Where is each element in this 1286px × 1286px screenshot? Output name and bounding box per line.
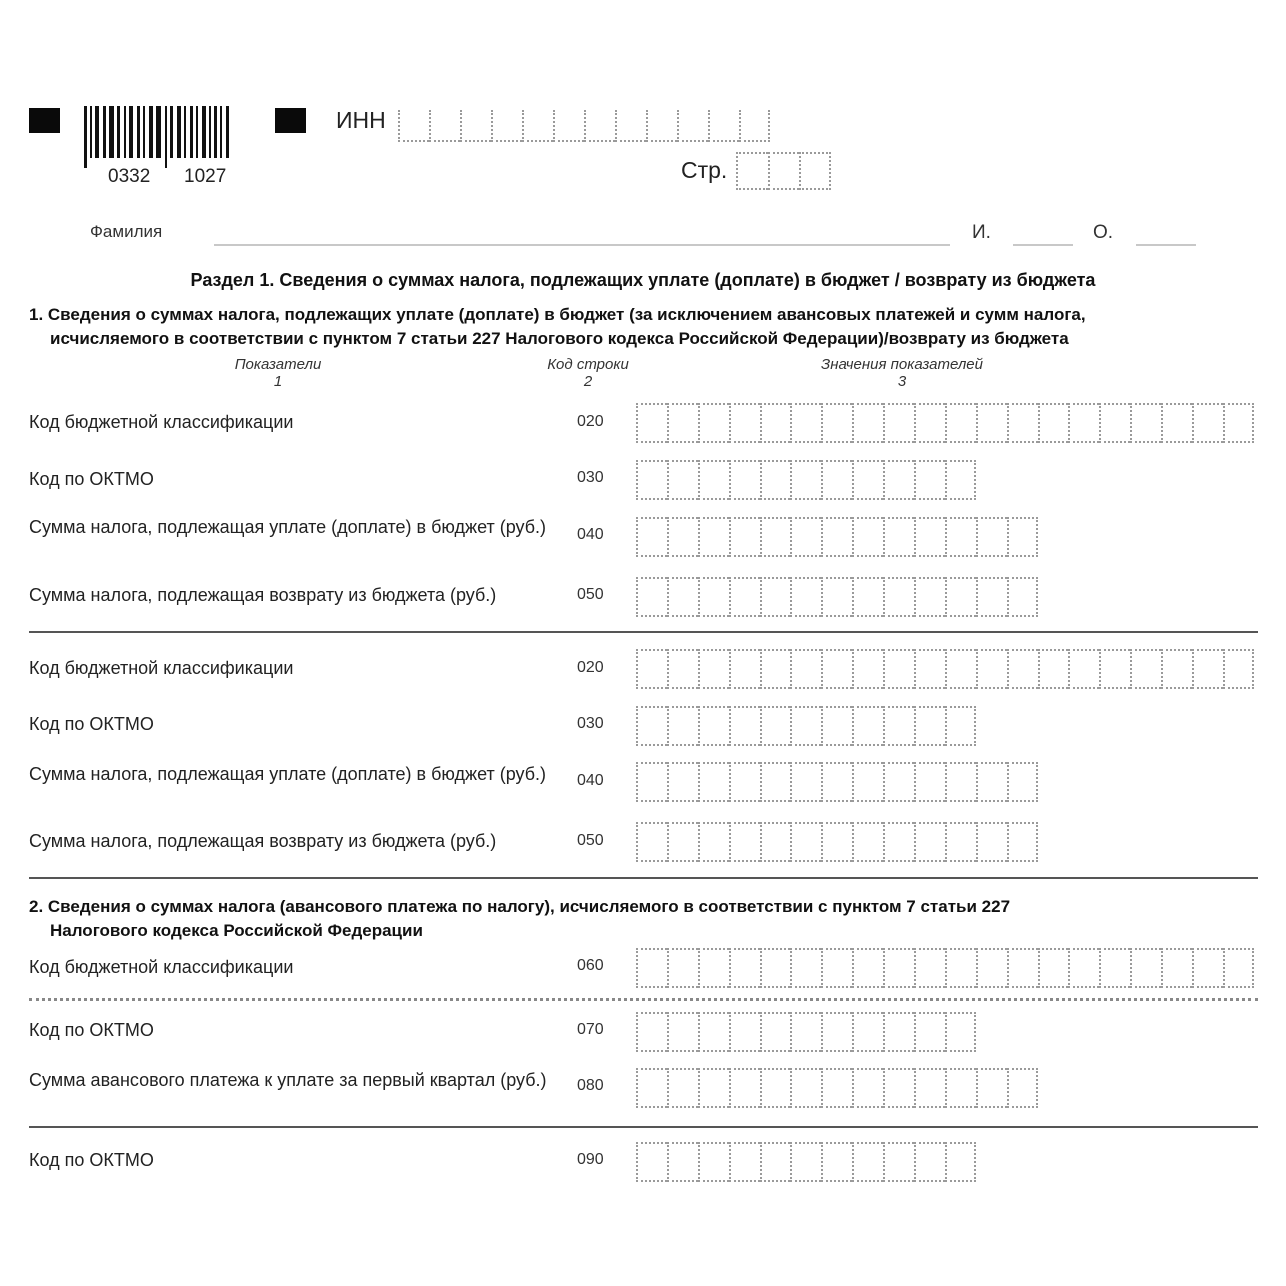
- field-cell[interactable]: [760, 706, 791, 746]
- row-label: Сумма авансового платежа к уплате за пер…: [29, 1068, 549, 1092]
- field-cell[interactable]: [1007, 403, 1038, 443]
- field-cell[interactable]: [945, 822, 976, 862]
- field-cell[interactable]: [1068, 948, 1099, 988]
- inn-label: ИНН: [336, 107, 386, 134]
- field-cell[interactable]: [729, 1012, 760, 1052]
- patronymic-initial-field[interactable]: [1136, 244, 1196, 246]
- field-cell[interactable]: [646, 110, 677, 142]
- field-cell[interactable]: [667, 1068, 698, 1108]
- field-cell[interactable]: [708, 110, 739, 142]
- column-header-line-code: Код строки 2: [518, 356, 658, 390]
- field-cell[interactable]: [1130, 649, 1161, 689]
- field-cell[interactable]: [945, 1142, 976, 1182]
- field-cell[interactable]: [790, 822, 821, 862]
- field-cell[interactable]: [914, 1068, 945, 1108]
- field-cell[interactable]: [945, 948, 976, 988]
- field-cell[interactable]: [667, 706, 698, 746]
- field-cell[interactable]: [698, 649, 729, 689]
- row-label: Код по ОКТМО: [29, 712, 549, 736]
- field-cell[interactable]: [821, 517, 852, 557]
- row-code: 080: [577, 1077, 604, 1095]
- row-label: Код по ОКТМО: [29, 467, 549, 491]
- field-cell[interactable]: [698, 1068, 729, 1108]
- field-cell[interactable]: [729, 706, 760, 746]
- column-header-number: 3: [782, 373, 1022, 390]
- field-cell[interactable]: [760, 1068, 791, 1108]
- field-cell[interactable]: [698, 706, 729, 746]
- field-cell[interactable]: [883, 649, 914, 689]
- field-cell[interactable]: [852, 649, 883, 689]
- row-code: 030: [577, 469, 604, 487]
- field-cell[interactable]: [398, 110, 429, 142]
- row-label: Код бюджетной классификации: [29, 955, 549, 979]
- field-cell[interactable]: [945, 460, 976, 500]
- field-cell[interactable]: [1192, 649, 1223, 689]
- field-cell[interactable]: [1223, 403, 1254, 443]
- field-cell[interactable]: [698, 948, 729, 988]
- field-cell[interactable]: [976, 948, 1007, 988]
- field-cell[interactable]: [914, 822, 945, 862]
- surname-field[interactable]: [214, 244, 950, 246]
- column-header-number: 1: [178, 373, 378, 390]
- field-cell[interactable]: [1007, 1068, 1038, 1108]
- section-title: Раздел 1. Сведения о суммах налога, подл…: [0, 270, 1286, 291]
- field-cell[interactable]: [491, 110, 522, 142]
- field-cell[interactable]: [698, 460, 729, 500]
- field-cell[interactable]: [1099, 948, 1130, 988]
- row-code: 060: [577, 957, 604, 975]
- field-cell[interactable]: [1223, 948, 1254, 988]
- field-cell[interactable]: [677, 110, 708, 142]
- value-field-080[interactable]: [636, 1068, 1038, 1108]
- field-cell[interactable]: [760, 649, 791, 689]
- field-cell[interactable]: [945, 762, 976, 802]
- field-cell[interactable]: [976, 649, 1007, 689]
- field-cell[interactable]: [729, 577, 760, 617]
- field-cell[interactable]: [1099, 403, 1130, 443]
- field-cell[interactable]: [729, 460, 760, 500]
- field-cell[interactable]: [790, 517, 821, 557]
- field-cell[interactable]: [790, 403, 821, 443]
- field-cell[interactable]: [667, 403, 698, 443]
- surname-label: Фамилия: [90, 222, 162, 242]
- field-cell[interactable]: [799, 152, 831, 190]
- row-label: Сумма налога, подлежащая уплате (доплате…: [29, 515, 549, 539]
- field-cell[interactable]: [852, 948, 883, 988]
- field-cell[interactable]: [584, 110, 615, 142]
- field-cell[interactable]: [790, 1142, 821, 1182]
- row-label: Код бюджетной классификации: [29, 410, 549, 434]
- field-cell[interactable]: [976, 517, 1007, 557]
- field-cell[interactable]: [636, 577, 667, 617]
- field-cell[interactable]: [729, 517, 760, 557]
- field-cell[interactable]: [636, 822, 667, 862]
- field-cell[interactable]: [852, 762, 883, 802]
- field-cell[interactable]: [636, 460, 667, 500]
- row-code: 030: [577, 715, 604, 733]
- field-cell[interactable]: [821, 1068, 852, 1108]
- column-header-number: 2: [518, 373, 658, 390]
- field-cell[interactable]: [1007, 762, 1038, 802]
- field-cell[interactable]: [736, 152, 768, 190]
- row-code: 050: [577, 832, 604, 850]
- field-cell[interactable]: [883, 1068, 914, 1108]
- field-cell[interactable]: [821, 577, 852, 617]
- field-cell[interactable]: [667, 1142, 698, 1182]
- field-cell[interactable]: [852, 460, 883, 500]
- part1-title-line1: 1. Сведения о суммах налога, подлежащих …: [29, 303, 1086, 327]
- field-cell[interactable]: [945, 517, 976, 557]
- field-cell[interactable]: [636, 1142, 667, 1182]
- field-cell[interactable]: [729, 1142, 760, 1182]
- row-label: Сумма налога, подлежащая уплате (доплате…: [29, 762, 549, 786]
- field-cell[interactable]: [636, 517, 667, 557]
- field-cell[interactable]: [945, 403, 976, 443]
- field-cell[interactable]: [1161, 649, 1192, 689]
- field-cell[interactable]: [852, 577, 883, 617]
- field-cell[interactable]: [1192, 403, 1223, 443]
- field-cell[interactable]: [852, 1068, 883, 1108]
- field-cell[interactable]: [698, 403, 729, 443]
- field-cell[interactable]: [976, 403, 1007, 443]
- value-field-020[interactable]: [636, 649, 1254, 689]
- field-cell[interactable]: [1007, 577, 1038, 617]
- column-header-label: Значения показателей: [782, 356, 1022, 373]
- field-cell[interactable]: [636, 948, 667, 988]
- value-field-030[interactable]: [636, 706, 976, 746]
- field-cell[interactable]: [821, 649, 852, 689]
- field-cell[interactable]: [914, 649, 945, 689]
- field-cell[interactable]: [636, 1012, 667, 1052]
- field-cell[interactable]: [698, 822, 729, 862]
- field-cell[interactable]: [1007, 517, 1038, 557]
- barcode-number-right: 1027: [184, 166, 226, 188]
- field-cell[interactable]: [883, 948, 914, 988]
- field-cell[interactable]: [667, 948, 698, 988]
- field-cell[interactable]: [852, 403, 883, 443]
- field-cell[interactable]: [429, 110, 460, 142]
- field-cell[interactable]: [790, 577, 821, 617]
- field-cell[interactable]: [1038, 403, 1069, 443]
- value-field-040[interactable]: [636, 517, 1038, 557]
- column-header-indicators: Показатели 1: [178, 356, 378, 390]
- field-cell[interactable]: [790, 460, 821, 500]
- field-cell[interactable]: [883, 762, 914, 802]
- field-cell[interactable]: [945, 706, 976, 746]
- field-cell[interactable]: [636, 706, 667, 746]
- field-cell[interactable]: [667, 517, 698, 557]
- field-cell[interactable]: [1007, 822, 1038, 862]
- field-cell[interactable]: [760, 762, 791, 802]
- column-header-values: Значения показателей 3: [782, 356, 1022, 390]
- field-cell[interactable]: [667, 822, 698, 862]
- field-cell[interactable]: [636, 649, 667, 689]
- field-cell[interactable]: [790, 649, 821, 689]
- barcode-number-left: 0332: [108, 166, 150, 188]
- field-cell[interactable]: [1007, 649, 1038, 689]
- field-cell[interactable]: [1099, 649, 1130, 689]
- page-label: Стр.: [681, 157, 727, 184]
- part2-title-line2: Налогового кодекса Российской Федерации: [50, 919, 423, 943]
- field-cell[interactable]: [667, 762, 698, 802]
- field-cell[interactable]: [790, 706, 821, 746]
- field-cell[interactable]: [821, 706, 852, 746]
- field-cell[interactable]: [883, 706, 914, 746]
- field-cell[interactable]: [914, 1012, 945, 1052]
- field-cell[interactable]: [883, 517, 914, 557]
- field-cell[interactable]: [760, 460, 791, 500]
- field-cell[interactable]: [1130, 948, 1161, 988]
- field-cell[interactable]: [821, 1142, 852, 1182]
- field-cell[interactable]: [790, 1012, 821, 1052]
- value-field-040[interactable]: [636, 762, 1038, 802]
- row-label: Сумма налога, подлежащая возврату из бюд…: [29, 583, 549, 607]
- field-cell[interactable]: [1161, 403, 1192, 443]
- field-cell[interactable]: [883, 1142, 914, 1182]
- field-cell[interactable]: [914, 1142, 945, 1182]
- field-cell[interactable]: [1223, 649, 1254, 689]
- field-cell[interactable]: [1130, 403, 1161, 443]
- first-initial-field[interactable]: [1013, 244, 1073, 246]
- field-cell[interactable]: [821, 948, 852, 988]
- field-cell[interactable]: [636, 1068, 667, 1108]
- field-cell[interactable]: [1068, 649, 1099, 689]
- field-cell[interactable]: [976, 577, 1007, 617]
- field-cell[interactable]: [976, 762, 1007, 802]
- field-cell[interactable]: [852, 1142, 883, 1182]
- field-cell[interactable]: [760, 577, 791, 617]
- field-cell[interactable]: [729, 1068, 760, 1108]
- column-header-label: Код строки: [518, 356, 658, 373]
- field-cell[interactable]: [914, 948, 945, 988]
- field-cell[interactable]: [790, 1068, 821, 1108]
- barcode: [84, 106, 252, 168]
- field-cell[interactable]: [821, 822, 852, 862]
- field-cell[interactable]: [852, 706, 883, 746]
- field-cell[interactable]: [883, 403, 914, 443]
- field-cell[interactable]: [1038, 649, 1069, 689]
- part1-title-line2: исчисляемого в соответствии с пунктом 7 …: [50, 327, 1069, 351]
- field-cell[interactable]: [945, 649, 976, 689]
- field-cell[interactable]: [553, 110, 584, 142]
- row-code: 020: [577, 413, 604, 431]
- page-number-field[interactable]: [736, 152, 831, 190]
- field-cell[interactable]: [821, 403, 852, 443]
- field-cell[interactable]: [760, 822, 791, 862]
- field-cell[interactable]: [976, 1068, 1007, 1108]
- field-cell[interactable]: [760, 948, 791, 988]
- field-cell[interactable]: [821, 460, 852, 500]
- row-code: 020: [577, 659, 604, 677]
- field-cell[interactable]: [760, 1012, 791, 1052]
- column-header-label: Показатели: [178, 356, 378, 373]
- field-cell[interactable]: [821, 1012, 852, 1052]
- field-cell[interactable]: [729, 948, 760, 988]
- field-cell[interactable]: [667, 577, 698, 617]
- field-cell[interactable]: [1192, 948, 1223, 988]
- field-cell[interactable]: [945, 577, 976, 617]
- field-cell[interactable]: [914, 517, 945, 557]
- field-cell[interactable]: [883, 460, 914, 500]
- field-cell[interactable]: [760, 517, 791, 557]
- registration-marker-right: [275, 108, 306, 133]
- row-code: 070: [577, 1021, 604, 1039]
- value-field-030[interactable]: [636, 460, 976, 500]
- value-field-070[interactable]: [636, 1012, 976, 1052]
- field-cell[interactable]: [852, 517, 883, 557]
- inn-field[interactable]: [398, 110, 770, 142]
- field-cell[interactable]: [1007, 948, 1038, 988]
- field-cell[interactable]: [667, 649, 698, 689]
- field-cell[interactable]: [698, 577, 729, 617]
- field-cell[interactable]: [667, 1012, 698, 1052]
- field-cell[interactable]: [739, 110, 770, 142]
- row-label: Сумма налога, подлежащая возврату из бюд…: [29, 829, 549, 853]
- field-cell[interactable]: [976, 822, 1007, 862]
- field-cell[interactable]: [821, 762, 852, 802]
- block-divider: [29, 631, 1258, 633]
- row-label: Код по ОКТМО: [29, 1018, 549, 1042]
- field-cell[interactable]: [667, 460, 698, 500]
- field-cell[interactable]: [760, 1142, 791, 1182]
- part2-title-line1: 2. Сведения о суммах налога (авансового …: [29, 895, 1010, 919]
- field-cell[interactable]: [914, 403, 945, 443]
- row-code: 040: [577, 526, 604, 544]
- field-cell[interactable]: [914, 577, 945, 617]
- field-cell[interactable]: [698, 1142, 729, 1182]
- field-cell[interactable]: [883, 577, 914, 617]
- registration-marker-left: [29, 108, 60, 133]
- field-cell[interactable]: [883, 1012, 914, 1052]
- field-cell[interactable]: [852, 1012, 883, 1052]
- block-divider: [29, 1126, 1258, 1128]
- field-cell[interactable]: [1161, 948, 1192, 988]
- field-cell[interactable]: [729, 762, 760, 802]
- field-cell[interactable]: [945, 1068, 976, 1108]
- field-cell[interactable]: [790, 762, 821, 802]
- field-cell[interactable]: [768, 152, 800, 190]
- field-cell[interactable]: [729, 649, 760, 689]
- field-cell[interactable]: [615, 110, 646, 142]
- value-field-050[interactable]: [636, 577, 1038, 617]
- row-label: Код бюджетной классификации: [29, 656, 549, 680]
- field-cell[interactable]: [760, 403, 791, 443]
- field-cell[interactable]: [945, 1012, 976, 1052]
- field-cell[interactable]: [852, 822, 883, 862]
- field-cell[interactable]: [729, 403, 760, 443]
- value-field-060[interactable]: [636, 948, 1254, 988]
- value-field-020[interactable]: [636, 403, 1254, 443]
- field-cell[interactable]: [914, 706, 945, 746]
- field-cell[interactable]: [914, 460, 945, 500]
- field-cell[interactable]: [460, 110, 491, 142]
- field-cell[interactable]: [698, 1012, 729, 1052]
- field-cell[interactable]: [1068, 403, 1099, 443]
- field-cell[interactable]: [636, 762, 667, 802]
- part-divider: [29, 877, 1258, 879]
- patronymic-initial-label: О.: [1093, 222, 1113, 244]
- row-label: Код по ОКТМО: [29, 1148, 549, 1172]
- field-cell[interactable]: [883, 822, 914, 862]
- value-field-050[interactable]: [636, 822, 1038, 862]
- row-code: 050: [577, 586, 604, 604]
- row-code: 090: [577, 1151, 604, 1169]
- value-field-090[interactable]: [636, 1142, 976, 1182]
- field-cell[interactable]: [1038, 948, 1069, 988]
- field-cell[interactable]: [698, 762, 729, 802]
- field-cell[interactable]: [636, 403, 667, 443]
- row-code: 040: [577, 772, 604, 790]
- field-cell[interactable]: [698, 517, 729, 557]
- field-cell[interactable]: [522, 110, 553, 142]
- first-initial-label: И.: [972, 222, 991, 244]
- field-cell[interactable]: [914, 762, 945, 802]
- field-cell[interactable]: [729, 822, 760, 862]
- field-cell[interactable]: [790, 948, 821, 988]
- dotted-divider: [29, 998, 1258, 1001]
